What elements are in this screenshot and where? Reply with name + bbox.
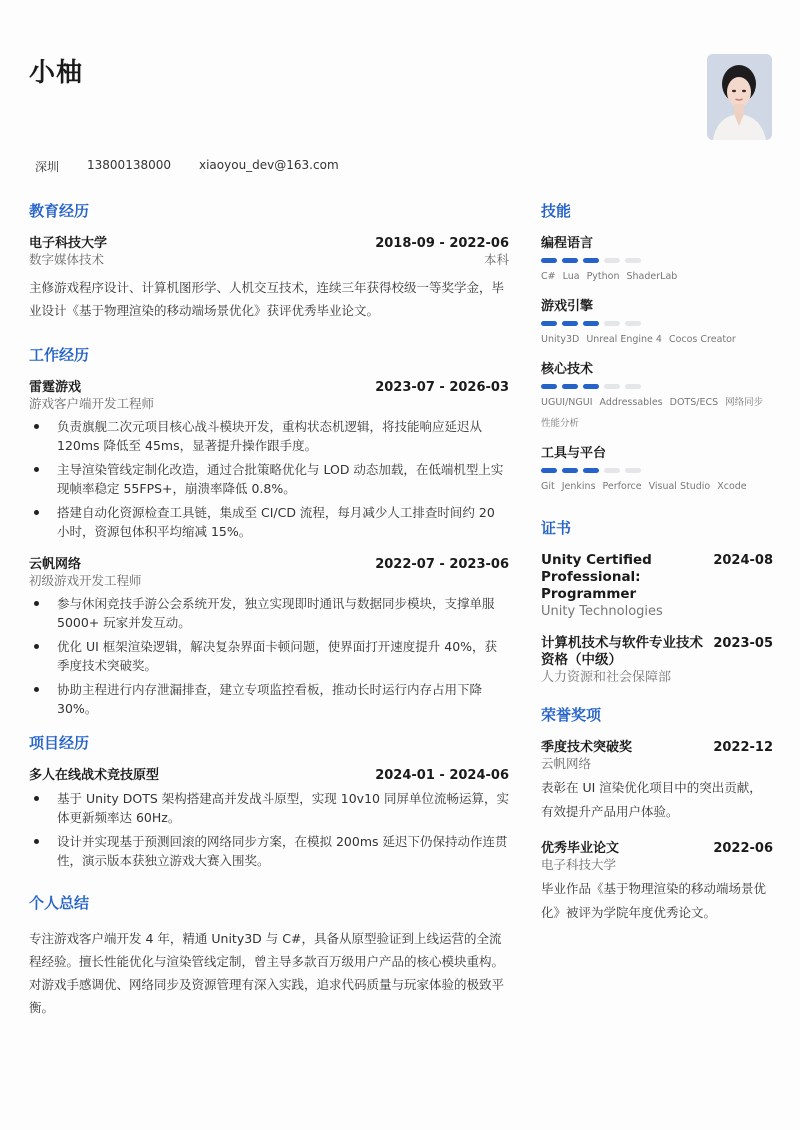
awards-section: 荣誉奖项 季度技术突破奖 2022-12 云帆网络 表彰在 UI 渲染优化项目中… bbox=[541, 704, 773, 925]
skill-tag: Lua bbox=[563, 268, 580, 285]
award-org: 电子科技大学 bbox=[541, 857, 773, 873]
section-title: 个人总结 bbox=[29, 892, 509, 914]
section-title: 证书 bbox=[541, 517, 773, 539]
certificate-issuer: 人力资源和社会保障部 bbox=[541, 669, 773, 686]
work-date: 2022-07 - 2023-06 bbox=[375, 556, 509, 573]
level-bar-filled bbox=[541, 468, 557, 473]
skills-section: 技能 编程语言 C# Lua Python ShaderLab bbox=[541, 200, 773, 495]
skill-tag: Visual Studio bbox=[649, 478, 711, 495]
bullet-item: 设计并实现基于预测回滚的网络同步方案，在模拟 200ms 延迟下仍保持动作连贯性… bbox=[29, 832, 509, 870]
education-section: 教育经历 电子科技大学 2018-09 - 2022-06 数字媒体技术 本科 … bbox=[29, 200, 509, 322]
skill-group: 核心技术 UGUI/NGUI Addressables DOTS/ECS 网络同… bbox=[541, 361, 773, 432]
company-name: 云帆网络 bbox=[29, 556, 81, 573]
bullet-item: 参与休闲竞技手游公会系统开发，独立实现即时通讯与数据同步模块，支撑单服 5000… bbox=[29, 594, 509, 632]
award-name: 季度技术突破奖 bbox=[541, 739, 632, 756]
award-org: 云帆网络 bbox=[541, 756, 773, 772]
work-bullets: 负责旗舰二次元项目核心战斗模块开发，重构状态机逻辑，将技能响应延迟从 120ms… bbox=[29, 417, 509, 541]
company-name: 雷霆游戏 bbox=[29, 379, 81, 396]
skill-level-bars bbox=[541, 468, 773, 473]
section-title: 技能 bbox=[541, 200, 773, 222]
certificates-section: 证书 Unity Certified Professional: Program… bbox=[541, 517, 773, 686]
award-description: 毕业作品《基于物理渲染的移动端场景优化》被评为学院年度优秀论文。 bbox=[541, 877, 773, 925]
level-bar-empty bbox=[604, 384, 620, 389]
bullet-item: 主导渲染管线定制化改造，通过合批策略优化与 LOD 动态加载，在低端机型上实现帧… bbox=[29, 460, 509, 498]
section-title: 荣誉奖项 bbox=[541, 704, 773, 726]
skill-tag: 性能分析 bbox=[541, 415, 579, 432]
skill-tag: UGUI/NGUI bbox=[541, 394, 593, 411]
skill-name: 编程语言 bbox=[541, 235, 773, 252]
level-bar-filled bbox=[583, 468, 599, 473]
section-title: 工作经历 bbox=[29, 344, 509, 366]
skill-name: 工具与平台 bbox=[541, 445, 773, 462]
certificate-name: 计算机技术与软件专业技术资格（中级） bbox=[541, 635, 711, 669]
skill-tag: DOTS/ECS bbox=[670, 394, 719, 411]
level-bar-empty bbox=[625, 384, 641, 389]
job-role: 初级游戏开发工程师 bbox=[29, 573, 509, 589]
work-entry: 云帆网络 2022-07 - 2023-06 初级游戏开发工程师 参与休闲竞技手… bbox=[29, 556, 509, 718]
certificate-entry: Unity Certified Professional: Programmer… bbox=[541, 552, 773, 620]
skill-level-bars bbox=[541, 384, 773, 389]
portrait-image-icon bbox=[707, 54, 772, 140]
skill-name: 核心技术 bbox=[541, 361, 773, 378]
award-entry: 季度技术突破奖 2022-12 云帆网络 表彰在 UI 渲染优化项目中的突出贡献… bbox=[541, 739, 773, 824]
award-name: 优秀毕业论文 bbox=[541, 840, 619, 857]
education-description: 主修游戏程序设计、计算机图形学、人机交互技术，连续三年获得校级一等奖学金，毕业设… bbox=[29, 276, 509, 322]
certificate-entry: 计算机技术与软件专业技术资格（中级） 2023-05 人力资源和社会保障部 bbox=[541, 635, 773, 686]
bullet-item: 搭建自动化资源检查工具链，集成至 CI/CD 流程，每月减少人工排查时间约 20… bbox=[29, 503, 509, 541]
project-bullets: 基于 Unity DOTS 架构搭建高并发战斗原型，实现 10v10 同屏单位流… bbox=[29, 789, 509, 870]
work-date: 2023-07 - 2026-03 bbox=[375, 379, 509, 396]
skill-tag: C# bbox=[541, 268, 556, 285]
skill-tag: Addressables bbox=[600, 394, 663, 411]
bullet-item: 协助主程进行内存泄漏排查，建立专项监控看板，推动长时运行内存占用下降 30%。 bbox=[29, 680, 509, 718]
job-role: 游戏客户端开发工程师 bbox=[29, 396, 509, 412]
level-bar-filled bbox=[562, 258, 578, 263]
skill-tag: Python bbox=[587, 268, 620, 285]
work-bullets: 参与休闲竞技手游公会系统开发，独立实现即时通讯与数据同步模块，支撑单服 5000… bbox=[29, 594, 509, 718]
projects-section: 项目经历 多人在线战术竞技原型 2024-01 - 2024-06 基于 Uni… bbox=[29, 732, 509, 870]
award-date: 2022-12 bbox=[713, 739, 773, 756]
level-bar-filled bbox=[583, 258, 599, 263]
skill-level-bars bbox=[541, 258, 773, 263]
contact-city: 深圳 bbox=[35, 158, 59, 175]
level-bar-filled bbox=[562, 321, 578, 326]
skill-tags: Unity3D Unreal Engine 4 Cocos Creator bbox=[541, 331, 773, 348]
certificate-date: 2024-08 bbox=[713, 552, 773, 569]
profile-photo bbox=[707, 54, 772, 140]
degree: 本科 bbox=[484, 252, 509, 268]
level-bar-filled bbox=[541, 258, 557, 263]
major: 数字媒体技术 bbox=[29, 252, 104, 268]
work-section: 工作经历 雷霆游戏 2023-07 - 2026-03 游戏客户端开发工程师 负… bbox=[29, 344, 509, 718]
level-bar-filled bbox=[562, 384, 578, 389]
school-name: 电子科技大学 bbox=[29, 235, 107, 252]
right-column: 技能 编程语言 C# Lua Python ShaderLab bbox=[541, 200, 773, 947]
level-bar-empty bbox=[604, 258, 620, 263]
summary-section: 个人总结 专注游戏客户端开发 4 年，精通 Unity3D 与 C#，具备从原型… bbox=[29, 892, 509, 1019]
award-entry: 优秀毕业论文 2022-06 电子科技大学 毕业作品《基于物理渲染的移动端场景优… bbox=[541, 840, 773, 925]
left-column: 教育经历 电子科技大学 2018-09 - 2022-06 数字媒体技术 本科 … bbox=[29, 200, 509, 1041]
project-date: 2024-01 - 2024-06 bbox=[375, 767, 509, 784]
work-entry: 雷霆游戏 2023-07 - 2026-03 游戏客户端开发工程师 负责旗舰二次… bbox=[29, 379, 509, 541]
award-description: 表彰在 UI 渲染优化项目中的突出贡献，有效提升产品用户体验。 bbox=[541, 776, 773, 824]
skill-tag: Cocos Creator bbox=[669, 331, 736, 348]
certificate-issuer: Unity Technologies bbox=[541, 603, 773, 620]
contact-info: 深圳 13800138000 xiaoyou_dev@163.com bbox=[35, 158, 339, 175]
section-title: 项目经历 bbox=[29, 732, 509, 754]
skill-name: 游戏引擎 bbox=[541, 298, 773, 315]
bullet-item: 负责旗舰二次元项目核心战斗模块开发，重构状态机逻辑，将技能响应延迟从 120ms… bbox=[29, 417, 509, 455]
level-bar-filled bbox=[562, 468, 578, 473]
skill-tags: UGUI/NGUI Addressables DOTS/ECS 网络同步 性能分… bbox=[541, 394, 773, 432]
level-bar-empty bbox=[604, 468, 620, 473]
education-date: 2018-09 - 2022-06 bbox=[375, 235, 509, 252]
skill-tag: Jenkins bbox=[562, 478, 596, 495]
certificate-date: 2023-05 bbox=[713, 635, 773, 652]
skill-tag: ShaderLab bbox=[627, 268, 678, 285]
project-name: 多人在线战术竞技原型 bbox=[29, 767, 159, 784]
skill-tag: Xcode bbox=[717, 478, 746, 495]
skill-tag: Git bbox=[541, 478, 555, 495]
skill-group: 游戏引擎 Unity3D Unreal Engine 4 Cocos Creat… bbox=[541, 298, 773, 348]
bullet-item: 优化 UI 框架渲染逻辑，解决复杂界面卡顿问题，使界面打开速度提升 40%，获季… bbox=[29, 637, 509, 675]
skill-tags: C# Lua Python ShaderLab bbox=[541, 268, 773, 285]
skill-tag: Perforce bbox=[603, 478, 642, 495]
resume-page: 小柚 深圳 13800138000 xiaoyou_dev@163.com 教育… bbox=[0, 0, 800, 1130]
award-date: 2022-06 bbox=[713, 840, 773, 857]
level-bar-filled bbox=[583, 384, 599, 389]
skill-tags: Git Jenkins Perforce Visual Studio Xcode bbox=[541, 478, 773, 495]
section-title: 教育经历 bbox=[29, 200, 509, 222]
level-bar-filled bbox=[583, 321, 599, 326]
level-bar-empty bbox=[625, 321, 641, 326]
skill-group: 编程语言 C# Lua Python ShaderLab bbox=[541, 235, 773, 285]
level-bar-filled bbox=[541, 384, 557, 389]
skill-level-bars bbox=[541, 321, 773, 326]
education-entry: 电子科技大学 2018-09 - 2022-06 数字媒体技术 本科 主修游戏程… bbox=[29, 235, 509, 322]
skill-group: 工具与平台 Git Jenkins Perforce Visual Studio… bbox=[541, 445, 773, 495]
level-bar-filled bbox=[541, 321, 557, 326]
contact-email: xiaoyou_dev@163.com bbox=[199, 158, 339, 175]
level-bar-empty bbox=[604, 321, 620, 326]
certificate-name: Unity Certified Professional: Programmer bbox=[541, 552, 711, 603]
project-entry: 多人在线战术竞技原型 2024-01 - 2024-06 基于 Unity DO… bbox=[29, 767, 509, 870]
candidate-name: 小柚 bbox=[29, 52, 83, 89]
contact-phone: 13800138000 bbox=[87, 158, 171, 175]
skill-tag: 网络同步 bbox=[725, 394, 763, 411]
bullet-item: 基于 Unity DOTS 架构搭建高并发战斗原型，实现 10v10 同屏单位流… bbox=[29, 789, 509, 827]
level-bar-empty bbox=[625, 258, 641, 263]
summary-text: 专注游戏客户端开发 4 年，精通 Unity3D 与 C#，具备从原型验证到上线… bbox=[29, 927, 509, 1019]
skill-tag: Unity3D bbox=[541, 331, 579, 348]
level-bar-empty bbox=[625, 468, 641, 473]
skill-tag: Unreal Engine 4 bbox=[586, 331, 662, 348]
